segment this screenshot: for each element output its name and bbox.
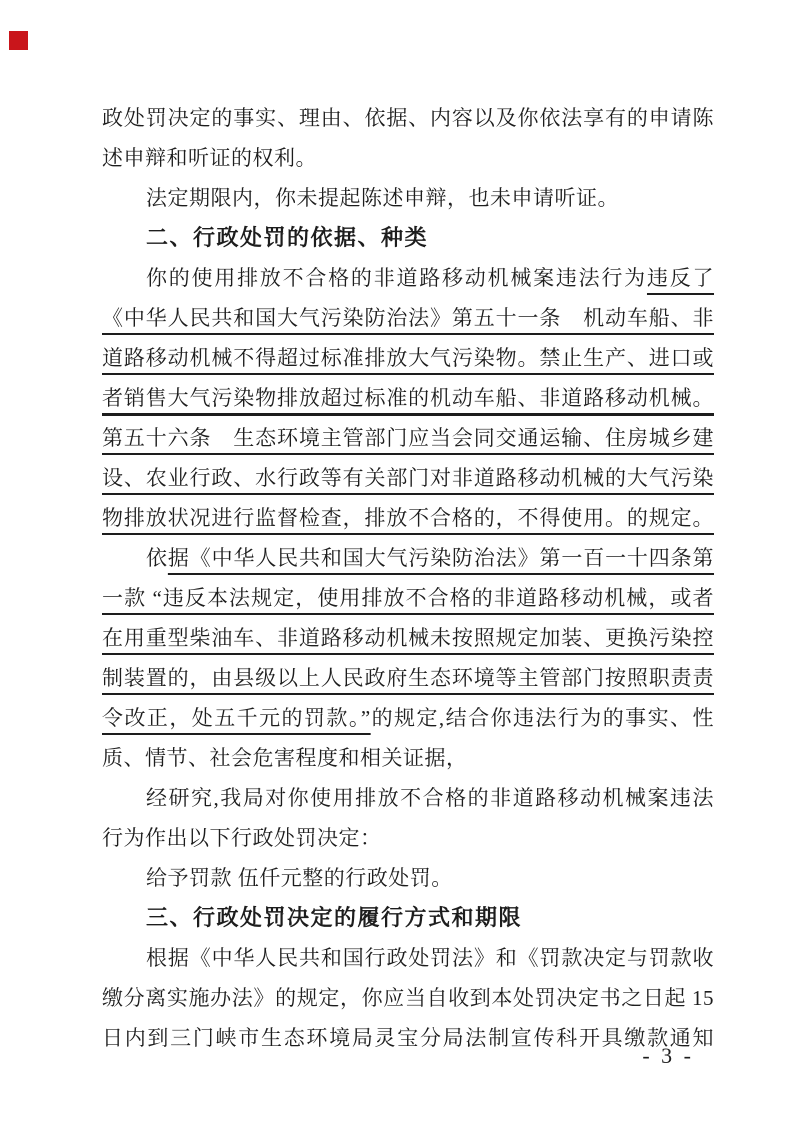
text-line: 者销售大气污染物排放超过标准的机动车船、非道路移动机械。 (102, 378, 714, 418)
text-line: 根据《中华人民共和国行政处罚法》和《罚款决定与罚款收 (102, 938, 714, 978)
text-line: 一款 “违反本法规定，使用排放不合格的非道路移动机械，或者 (102, 578, 714, 618)
underlined-text: 道路移动机械不得超过标准排放大气污染物。禁止生产、进口或 (102, 346, 714, 370)
text-segment: 依 (146, 546, 168, 570)
underlined-text: 一款 “违反本法规定，使用排放不合格的非道路移动机械，或者 (102, 586, 714, 610)
text-segment: 质、情节、社会危害程度和相关证据， (102, 746, 468, 770)
text-line: 《中华人民共和国大气污染防治法》第五十一条 机动车船、非 (102, 298, 714, 338)
text-segment: 根据《中华人民共和国行政处罚法》和《罚款决定与罚款收 (146, 946, 714, 970)
text-segment: 三、行政处罚决定的履行方式和期限 (146, 905, 522, 930)
document-page: 政处罚决定的事实、理由、依据、内容以及你依法享有的申请陈述申辩和听证的权利。法定… (0, 0, 793, 1122)
text-segment: 行为作出以下行政处罚决定： (102, 826, 382, 850)
text-line: 制装置的，由县级以上人民政府生态环境等主管部门按照职责责 (102, 658, 714, 698)
underlined-text: 《中华人民共和国大气污染防治法》第五十一条 机动车船、非 (102, 306, 714, 330)
text-line: 在用重型柴油车、非道路移动机械未按照规定加装、更换污染控 (102, 618, 714, 658)
text-segment: 给予罚款 伍仟元整的行政处罚。 (146, 866, 453, 890)
text-line: 经研究,我局对你使用排放不合格的非道路移动机械案违法 (102, 778, 714, 818)
text-line: 质、情节、社会危害程度和相关证据， (102, 738, 714, 778)
underlined-text: 设、农业行政、水行政等有关部门对非道路移动机械的大气污染 (102, 466, 714, 490)
text-line: 依据《中华人民共和国大气污染防治法》第一百一十四条第 (102, 538, 714, 578)
text-segment: 二、行政处罚的依据、种类 (146, 225, 428, 250)
underlined-text: 物排放状况进行监督检查，排放不合格的，不得使用。的规定。 (102, 506, 714, 530)
text-segment: 经研究,我局对你使用排放不合格的非道路移动机械案违法 (146, 786, 714, 810)
text-line: 设、农业行政、水行政等有关部门对非道路移动机械的大气污染 (102, 458, 714, 498)
underlined-text: 据《中华人民共和国大气污染防治法》第一百一十四条第 (168, 546, 714, 570)
red-marker (9, 31, 28, 50)
text-line: 行为作出以下行政处罚决定： (102, 818, 714, 858)
page-number: - 3 - (0, 1036, 694, 1076)
underlined-text: 者销售大气污染物排放超过标准的机动车船、非道路移动机械。 (102, 386, 714, 410)
underlined-text: 令改正，处五千元的罚款。” (102, 706, 371, 730)
text-segment: 缴分离实施办法》的规定，你应当自收到本处罚决定书之日起 15 (102, 986, 714, 1010)
text-line: 第五十六条 生态环境主管部门应当会同交通运输、住房城乡建 (102, 418, 714, 458)
text-line: 道路移动机械不得超过标准排放大气污染物。禁止生产、进口或 (102, 338, 714, 378)
section-heading: 三、行政处罚决定的履行方式和期限 (102, 898, 714, 938)
text-line: 缴分离实施办法》的规定，你应当自收到本处罚决定书之日起 15 (102, 978, 714, 1018)
text-segment: 述申辩和听证的权利。 (102, 146, 317, 170)
text-segment: 你的使用排放不合格的非道路移动机械案违法行为 (146, 266, 647, 290)
text-line: 令改正，处五千元的罚款。”的规定,结合你违法行为的事实、性 (102, 698, 714, 738)
text-line: 述申辩和听证的权利。 (102, 138, 714, 178)
text-segment: 政处罚决定的事实、理由、依据、内容以及你依法享有的申请陈 (102, 106, 714, 130)
text-line: 法定期限内，你未提起陈述申辩，也未申请听证。 (102, 178, 714, 218)
underlined-text: 违反了 (647, 266, 714, 290)
text-segment: 法定期限内，你未提起陈述申辩，也未申请听证。 (146, 186, 619, 210)
underlined-text: 制装置的，由县级以上人民政府生态环境等主管部门按照职责责 (102, 666, 714, 690)
section-heading: 二、行政处罚的依据、种类 (102, 218, 714, 258)
text-segment: 的规定,结合你违法行为的事实、性 (371, 706, 714, 730)
document-body: 政处罚决定的事实、理由、依据、内容以及你依法享有的申请陈述申辩和听证的权利。法定… (102, 98, 714, 1058)
text-line: 你的使用排放不合格的非道路移动机械案违法行为违反了 (102, 258, 714, 298)
underlined-text: 在用重型柴油车、非道路移动机械未按照规定加装、更换污染控 (102, 626, 714, 650)
text-line: 政处罚决定的事实、理由、依据、内容以及你依法享有的申请陈 (102, 98, 714, 138)
underlined-text: 第五十六条 生态环境主管部门应当会同交通运输、住房城乡建 (102, 426, 714, 450)
text-line: 物排放状况进行监督检查，排放不合格的，不得使用。的规定。 (102, 498, 714, 538)
text-line: 给予罚款 伍仟元整的行政处罚。 (102, 858, 714, 898)
